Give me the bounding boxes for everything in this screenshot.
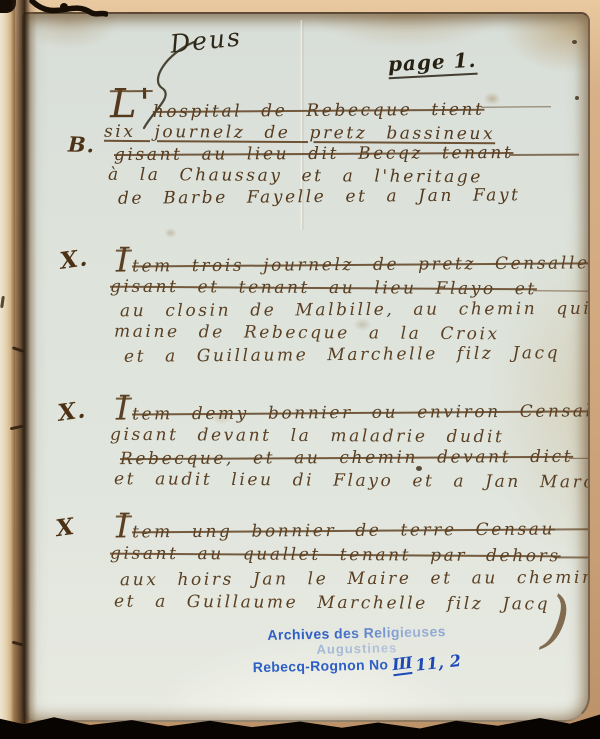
entry-4: Item ung bonnier de terre Censau gisant …: [116, 516, 590, 615]
page-number: page 1.: [387, 48, 477, 80]
ink-speck: [575, 96, 579, 100]
manuscript-line: gisant devant la maladrie dudit: [110, 423, 505, 448]
manuscript-line: gisant et tenant au lieu Flayo et: [110, 275, 537, 300]
manuscript-photo: Deus page 1. L'hospital de Rebecque tien…: [0, 0, 600, 739]
manuscript-line: six journelz de pretz bassineux: [104, 121, 495, 145]
manuscript-line: gisant au quallet tenant par dehors: [110, 542, 561, 569]
manuscript-line: maine de Rebecque a la Croix: [114, 320, 500, 345]
manuscript-line: à la Chaussay et a l'heritage: [108, 164, 483, 188]
stamp-roman-numeral: III: [391, 654, 413, 676]
manuscript-line: aux hoirs Jan le Maire et au chemin: [120, 566, 590, 592]
entry-2: Item trois journelz de pretz Censalle gi…: [116, 250, 590, 367]
margin-mark-x2: X.: [56, 396, 87, 427]
ink-speck: [416, 466, 422, 471]
entry-1: L'hospital de Rebecque tient six journel…: [110, 92, 521, 209]
manuscript-line: Item ung bonnier de terre Censau: [116, 514, 555, 544]
manuscript-line: et audit lieu di Flayo et a Jan Marchell…: [114, 468, 590, 494]
manuscript-line: Rebecque, et au chemin devant dict: [120, 446, 573, 471]
manuscript-line: et a Guillaume Marchelle filz Jacq: [124, 342, 560, 368]
entry-3: Item demy bonnier ou environ Censal gisa…: [116, 398, 590, 492]
page-tie-curl: [28, 0, 108, 22]
manuscript-line: Item trois journelz de pretz Censalle: [116, 248, 590, 278]
manuscript-line: gisant au lieu dit Becqz tenant: [114, 143, 513, 167]
ink-speck: [572, 40, 577, 44]
manuscript-line: de Barbe Fayelle et a Jan Fayt: [118, 185, 521, 210]
manuscript-line: Item demy bonnier ou environ Censal: [116, 396, 590, 426]
margin-mark-b: B.: [68, 132, 96, 158]
stamp-handwritten-number: 11, 2: [415, 652, 463, 675]
manuscript-line: au closin de Malbille, au chemin qui: [120, 298, 590, 323]
binding-crease: [11, 0, 37, 739]
margin-mark-x3: X: [54, 513, 76, 542]
manuscript-page: Deus page 1. L'hospital de Rebecque tien…: [22, 12, 590, 722]
archive-stamp: Archives des Religieuses Augustines Rebe…: [232, 623, 483, 678]
margin-mark-x1: X.: [58, 244, 89, 275]
manuscript-line: L'hospital de Rebecque tient: [110, 91, 485, 124]
stamp-call-number-prefix: Rebecq-Rognon No: [253, 656, 389, 675]
manuscript-line: et a Guillaume Marchelle filz Jacq: [114, 589, 550, 616]
